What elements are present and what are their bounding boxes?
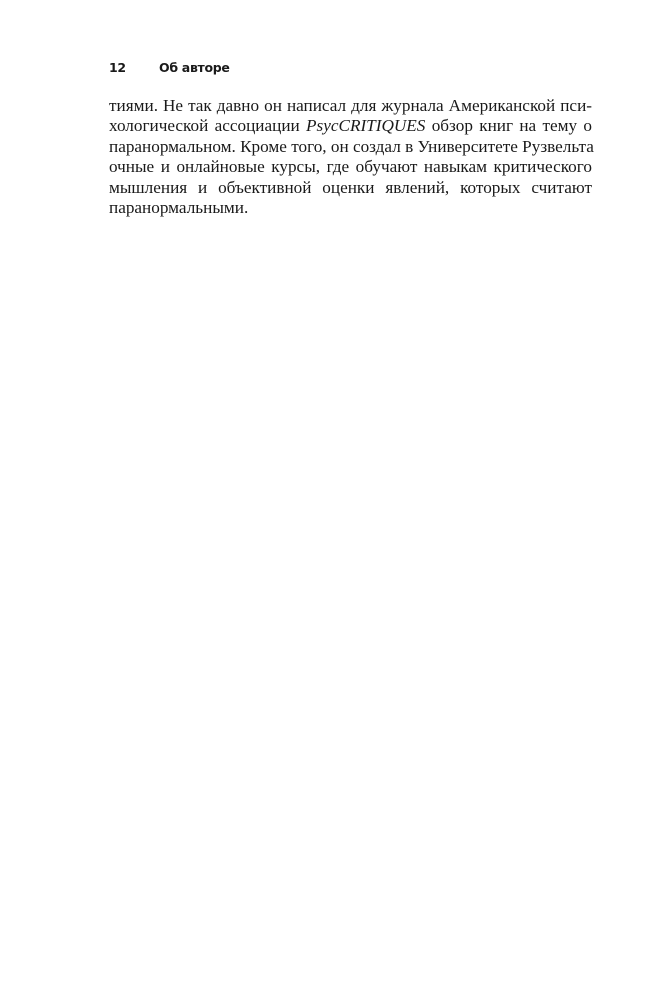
body-paragraph: тиями. Не так давно он написал для журна… — [109, 96, 592, 218]
text-line: очные и онлайновые курсы, где обучают на… — [109, 157, 592, 177]
text-line: паранормальными. — [109, 198, 592, 218]
page-number: 12 — [109, 60, 126, 75]
text-line: хологической ассоциации PsycCRITIQUES об… — [109, 116, 592, 136]
journal-title: PsycCRITIQUES — [306, 116, 425, 135]
book-page: 12 Об авторе тиями. Не так давно он напи… — [0, 0, 664, 1000]
text-segment: обзор книг на тему о — [425, 116, 592, 135]
running-header: 12 Об авторе — [109, 60, 592, 78]
text-line: тиями. Не так давно он написал для журна… — [109, 96, 592, 116]
text-line: мышления и объективной оценки явлений, к… — [109, 178, 592, 198]
text-segment: хологической ассоциации — [109, 116, 306, 135]
section-title: Об авторе — [159, 60, 230, 75]
text-line: паранормальном. Кроме того, он создал в … — [109, 137, 592, 157]
